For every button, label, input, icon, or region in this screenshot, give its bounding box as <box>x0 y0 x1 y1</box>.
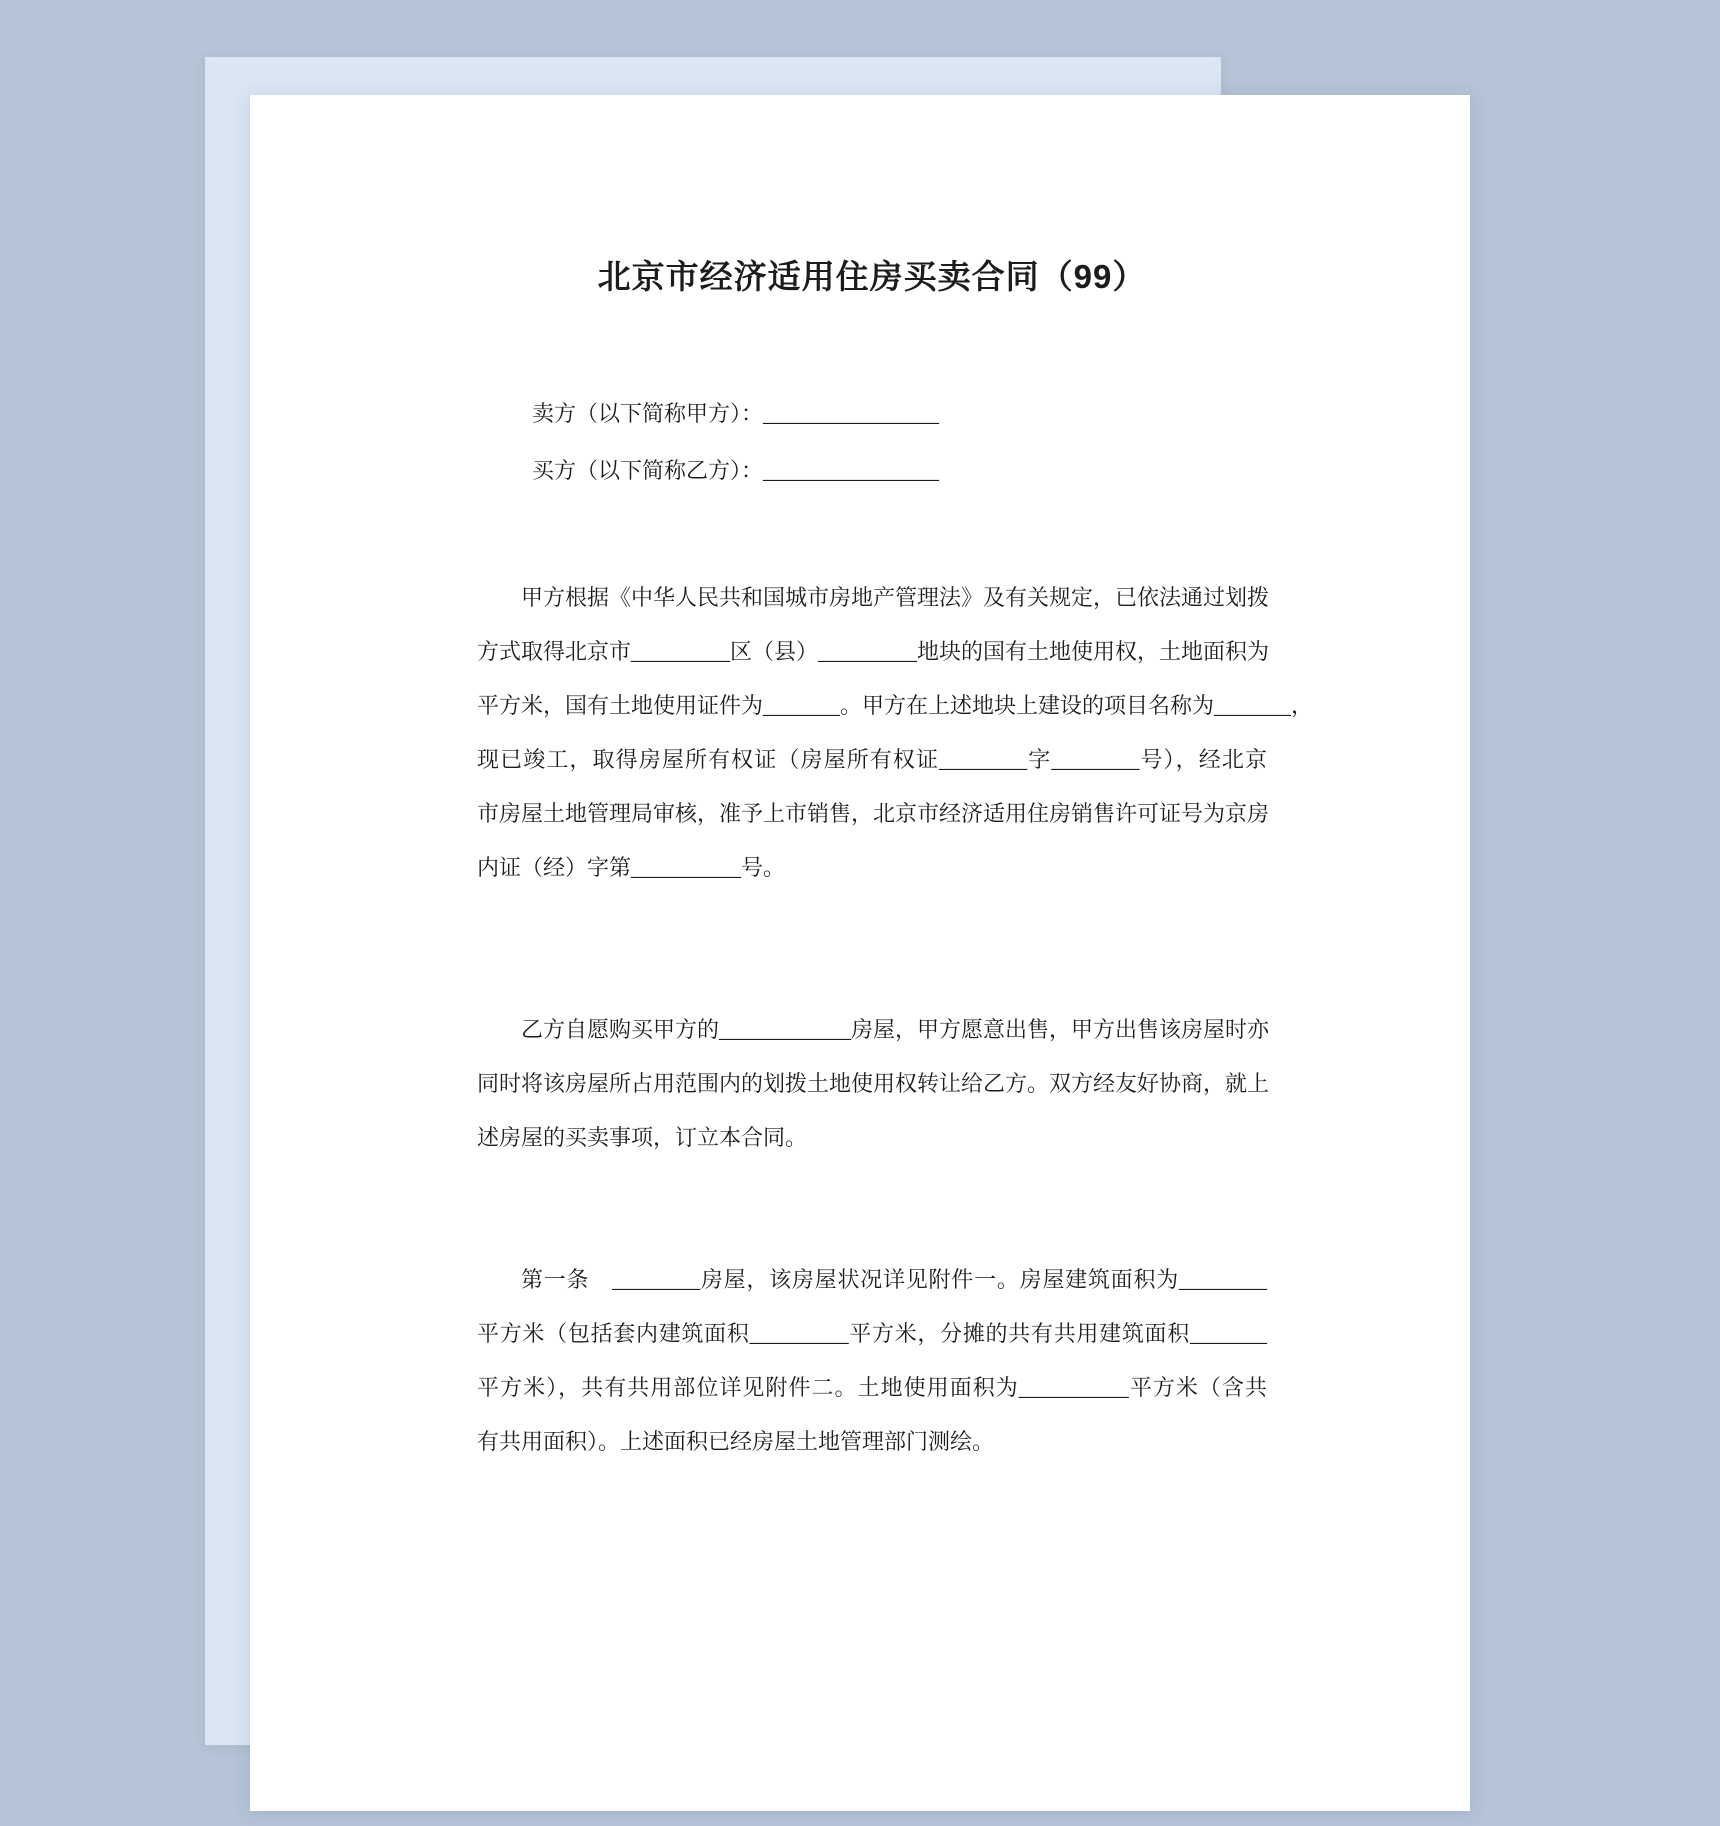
paragraph-line: 现已竣工，取得房屋所有权证（房屋所有权证________字________号），… <box>477 733 1267 787</box>
contract-document-page: 北京市经济适用住房买卖合同（99） 卖方（以下简称甲方）：___________… <box>250 95 1470 1811</box>
paragraph-line: 市房屋土地管理局审核，准予上市销售，北京市经济适用住房销售许可证号为京房 <box>477 787 1267 841</box>
paragraph-article-1: 第一条 ________房屋，该房屋状况详见附件一。房屋建筑面积为_______… <box>477 1253 1267 1469</box>
paragraph-line: 第一条 ________房屋，该房屋状况详见附件一。房屋建筑面积为_______… <box>477 1253 1267 1307</box>
document-title: 北京市经济适用住房买卖合同（99） <box>477 255 1267 299</box>
buyer-party-line: 买方（以下简称乙方）：________________ <box>477 442 1267 499</box>
paragraph-line: 有共用面积）。上述面积已经房屋土地管理部门测绘。 <box>477 1415 1267 1469</box>
paragraph-line: 方式取得北京市_________区（县）_________地块的国有土地使用权，… <box>477 625 1267 679</box>
paragraph-line: 同时将该房屋所占用范围内的划拨土地使用权转让给乙方。双方经友好协商，就上 <box>477 1057 1267 1111</box>
paragraph-line: 平方米，国有土地使用证件为_______。甲方在上述地块上建设的项目名称为___… <box>477 679 1267 733</box>
paragraph-line: 述房屋的买卖事项，订立本合同。 <box>477 1111 1267 1165</box>
paragraph-purchase-intent: 乙方自愿购买甲方的____________房屋，甲方愿意出售，甲方出售该房屋时亦… <box>477 1003 1267 1165</box>
party-identification-block: 卖方（以下简称甲方）：________________ 买方（以下简称乙方）：_… <box>477 385 1267 499</box>
paragraph-line: 乙方自愿购买甲方的____________房屋，甲方愿意出售，甲方出售该房屋时亦 <box>477 1003 1267 1057</box>
paragraph-line: 平方米），共有共用部位详见附件二。土地使用面积为__________平方米（含共 <box>477 1361 1267 1415</box>
paragraph-line: 平方米（包括套内建筑面积_________平方米，分摊的共有共用建筑面积____… <box>477 1307 1267 1361</box>
seller-party-line: 卖方（以下简称甲方）：________________ <box>477 385 1267 442</box>
desktop-background: 北京市经济适用住房买卖合同（99） 卖方（以下简称甲方）：___________… <box>0 0 1720 1826</box>
paragraph-line: 甲方根据《中华人民共和国城市房地产管理法》及有关规定，已依法通过划拨 <box>477 571 1267 625</box>
paragraph-line: 内证（经）字第__________号。 <box>477 841 1267 895</box>
paragraph-preamble: 甲方根据《中华人民共和国城市房地产管理法》及有关规定，已依法通过划拨方式取得北京… <box>477 571 1267 895</box>
